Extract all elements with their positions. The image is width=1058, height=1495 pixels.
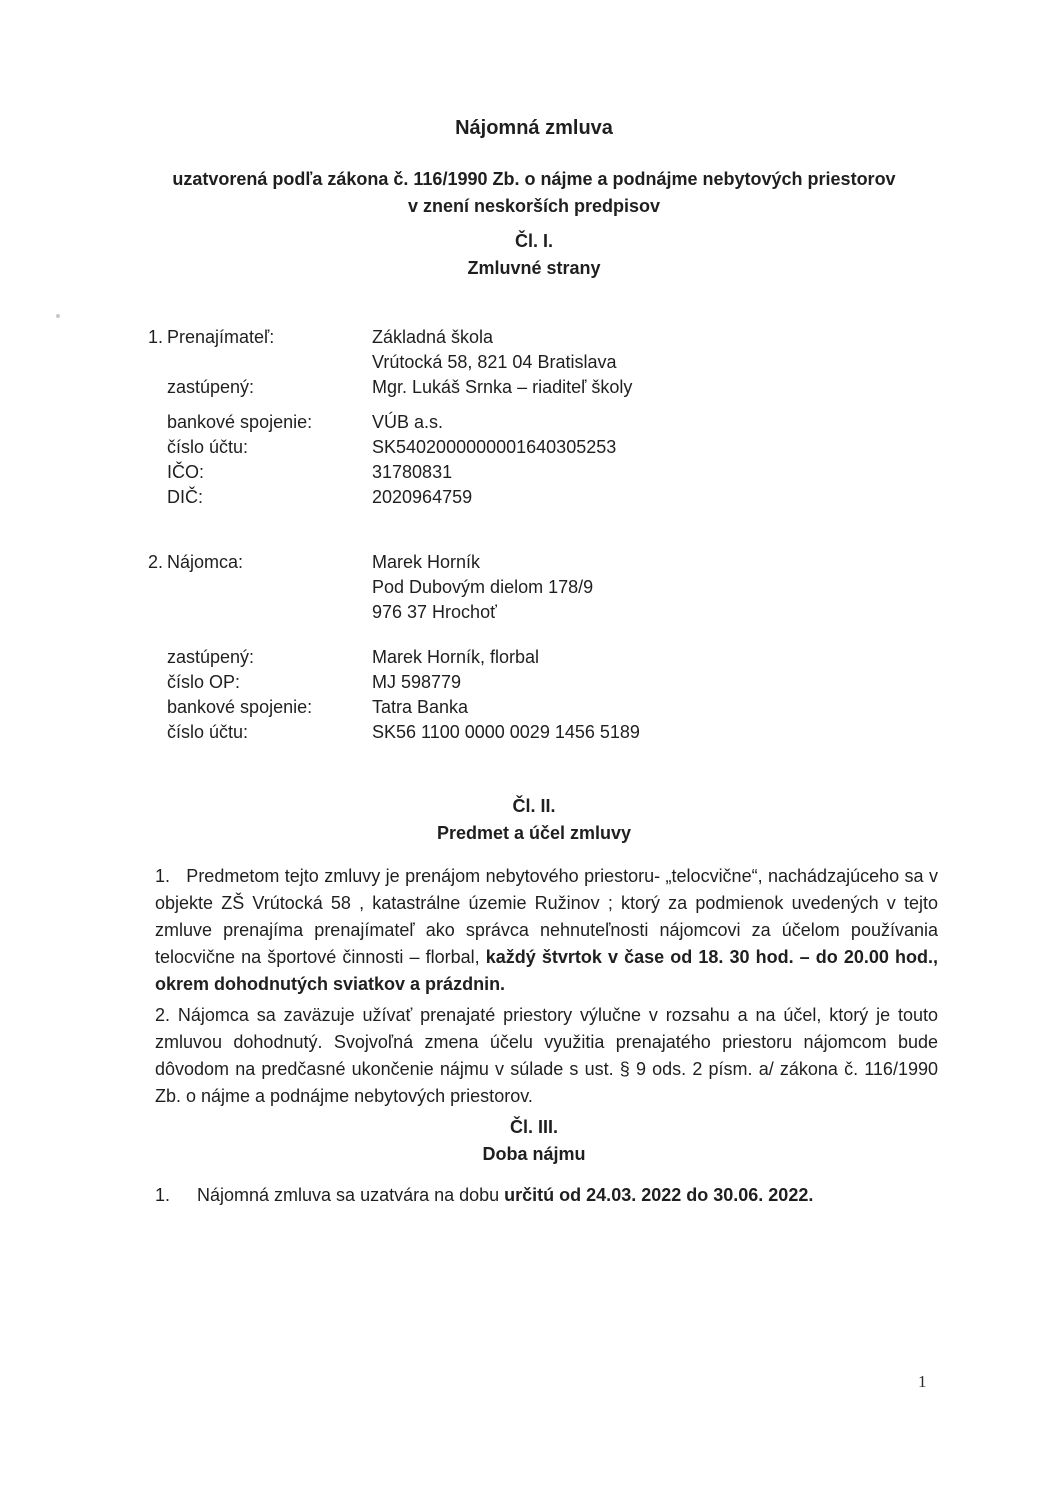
party-row-label: IČO: xyxy=(167,460,372,485)
party-number xyxy=(148,485,167,510)
article-1-title: Zmluvné strany xyxy=(130,255,938,282)
document-subtitle: uzatvorená podľa zákona č. 116/1990 Zb. … xyxy=(130,166,938,220)
party-lessor-block: 1. Prenajímateľ: Základná škola Vrútocká… xyxy=(148,325,938,510)
party-row: číslo účtu: SK56 1100 0000 0029 1456 518… xyxy=(148,720,938,745)
document-title: Nájomná zmluva xyxy=(130,116,938,140)
article-2-number: Čl. II. xyxy=(130,793,938,820)
article-2-paragraph-2: 2. Nájomca sa zaväzuje užívať prenajaté … xyxy=(155,1002,938,1110)
scanned-contract-page: Nájomná zmluva uzatvorená podľa zákona č… xyxy=(0,0,1058,1495)
party-number xyxy=(148,410,167,435)
party-number xyxy=(148,350,167,375)
article-1-number: Čl. I. xyxy=(130,228,938,255)
party-number xyxy=(148,645,167,670)
party-row-label: zastúpený: xyxy=(167,375,372,400)
party-row-label xyxy=(167,600,372,625)
party-row-label: číslo účtu: xyxy=(167,435,372,460)
party-row-value: Pod Dubovým dielom 178/9 xyxy=(372,575,938,600)
party-row-label xyxy=(167,350,372,375)
item-1-bold-text: určitú od 24.03. 2022 do 30.06. 2022. xyxy=(504,1185,813,1205)
party-row-label: DIČ: xyxy=(167,485,372,510)
party-row: Vrútocká 58, 821 04 Bratislava xyxy=(148,350,938,375)
party-number xyxy=(148,720,167,745)
article-3-title: Doba nájmu xyxy=(130,1141,938,1168)
party-row: číslo OP: MJ 598779 xyxy=(148,670,938,695)
party-row: zastúpený: Marek Horník, florbal xyxy=(148,645,938,670)
party-row-value: Marek Horník xyxy=(372,550,938,575)
party-row: bankové spojenie: VÚB a.s. xyxy=(148,410,938,435)
party-row: 1. Prenajímateľ: Základná škola xyxy=(148,325,938,350)
party-row-value: Marek Horník, florbal xyxy=(372,645,938,670)
party-row: zastúpený: Mgr. Lukáš Srnka – riaditeľ š… xyxy=(148,375,938,400)
party-row: Pod Dubovým dielom 178/9 xyxy=(148,575,938,600)
party-row: bankové spojenie: Tatra Banka xyxy=(148,695,938,720)
party-number xyxy=(148,670,167,695)
scan-artifact-dot xyxy=(56,314,60,318)
party-row-value: 31780831 xyxy=(372,460,938,485)
party-row-label: číslo účtu: xyxy=(167,720,372,745)
article-1-heading: Čl. I. Zmluvné strany xyxy=(130,228,938,282)
party-number: 2. xyxy=(148,550,167,575)
party-row-value: Tatra Banka xyxy=(372,695,938,720)
party-number xyxy=(148,695,167,720)
party-row-value: MJ 598779 xyxy=(372,670,938,695)
party-row: 976 37 Hrochoť xyxy=(148,600,938,625)
subtitle-line-1: uzatvorená podľa zákona č. 116/1990 Zb. … xyxy=(130,166,938,193)
party-row-label: bankové spojenie: xyxy=(167,695,372,720)
party-row-label xyxy=(167,575,372,600)
party-row-value: Mgr. Lukáš Srnka – riaditeľ školy xyxy=(372,375,938,400)
party-row-label: Prenajímateľ: xyxy=(167,325,372,350)
page-content: Nájomná zmluva uzatvorená podľa zákona č… xyxy=(130,116,938,1209)
party-tenant-block: 2. Nájomca: Marek Horník Pod Dubovým die… xyxy=(148,550,938,745)
party-row-label: bankové spojenie: xyxy=(167,410,372,435)
party-row-value: VÚB a.s. xyxy=(372,410,938,435)
article-3-heading: Čl. III. Doba nájmu xyxy=(130,1114,938,1168)
party-number xyxy=(148,375,167,400)
article-3-number: Čl. III. xyxy=(130,1114,938,1141)
party-number xyxy=(148,435,167,460)
party-row: číslo účtu: SK5402000000001640305253 xyxy=(148,435,938,460)
article-2-title: Predmet a účel zmluvy xyxy=(130,820,938,847)
party-number xyxy=(148,460,167,485)
subtitle-line-2: v znení neskorších predpisov xyxy=(130,193,938,220)
party-row-label: Nájomca: xyxy=(167,550,372,575)
item-1-text: Nájomná zmluva sa uzatvára na dobu xyxy=(197,1185,504,1205)
party-number xyxy=(148,600,167,625)
article-2-paragraph-1: 1. Predmetom tejto zmluvy je prenájom ne… xyxy=(155,863,938,998)
party-row-label: číslo OP: xyxy=(167,670,372,695)
page-number: 1 xyxy=(918,1372,927,1392)
party-row: DIČ: 2020964759 xyxy=(148,485,938,510)
article-3-item-1: 1.Nájomná zmluva sa uzatvára na dobu urč… xyxy=(155,1182,938,1209)
party-row: 2. Nájomca: Marek Horník xyxy=(148,550,938,575)
article-2-heading: Čl. II. Predmet a účel zmluvy xyxy=(130,793,938,847)
item-number: 1. xyxy=(155,1182,197,1209)
party-row-label: zastúpený: xyxy=(167,645,372,670)
party-row-value: SK56 1100 0000 0029 1456 5189 xyxy=(372,720,938,745)
party-number: 1. xyxy=(148,325,167,350)
party-row-value: SK5402000000001640305253 xyxy=(372,435,938,460)
party-row-value: Vrútocká 58, 821 04 Bratislava xyxy=(372,350,938,375)
party-row-value: 976 37 Hrochoť xyxy=(372,600,938,625)
party-row: IČO: 31780831 xyxy=(148,460,938,485)
party-row-value: Základná škola xyxy=(372,325,938,350)
party-row-value: 2020964759 xyxy=(372,485,938,510)
party-number xyxy=(148,575,167,600)
